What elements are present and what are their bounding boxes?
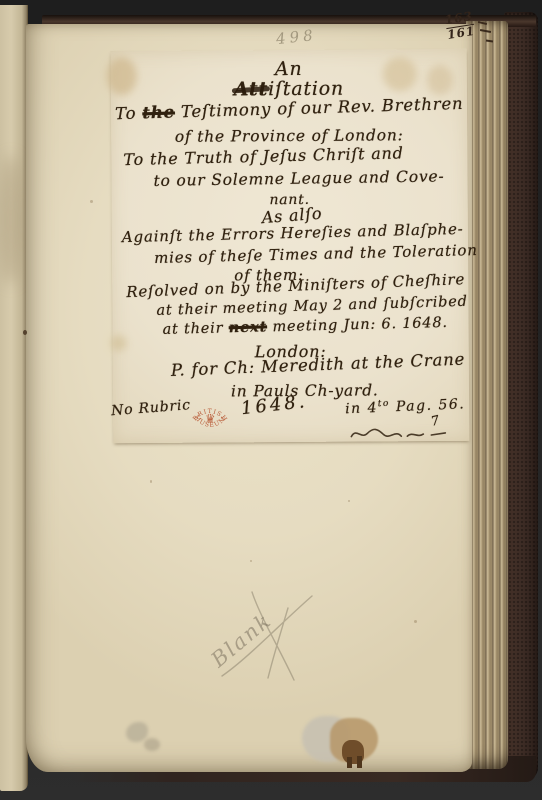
foxing-speck [414,620,417,623]
foxing-speck [348,500,350,502]
line-next-meeting-struck: next [229,318,268,336]
british-museum-stamp: BRITISH MUSEUM ♛ [186,394,234,444]
previous-leaf-edge [0,5,28,791]
line-next-meeting: at their next meeting Jun: 6. 1648. [162,314,448,338]
note-format-page: in 4to Pag. 56. [345,396,466,418]
note-no-rubric: No Rubric [111,397,192,419]
right-cover-binding [504,12,538,780]
line-province: of the Province of London: [111,126,467,146]
bottom-stain-mark [357,756,362,768]
book-photograph: 498 163 161 An Attiſtation To the Teſtim… [0,0,542,800]
line-testimony-struck: the [142,102,175,122]
bottom-stain-gray [144,738,160,751]
title-slip: An Attiſtation To the Teſtimony of our R… [111,49,470,443]
gutter-ink-dot [23,330,27,335]
leaf-stain [0,155,22,285]
slip-foxing-stain [111,335,127,351]
line-league: to our Solemne League and Cove- [153,167,444,190]
shorthand-squiggle-mark [349,423,449,446]
crown-icon: ♛ [205,411,216,425]
foxing-speck [250,560,252,562]
line-times-toleration: mies of theſe Times and the Toleration [154,241,478,267]
line-next-meeting-post: meeting Jun: 6. 1648. [267,315,448,335]
note-format-sup: to [378,399,390,409]
line-testimony-pre: To [115,103,143,123]
foxing-speck [150,480,152,483]
note-format-pre: in 4 [345,400,379,417]
line-truth: To the Truth of Jeſus Chriſt and [123,143,404,169]
bottom-stain-mark [347,757,352,768]
foxing-speck [90,200,93,203]
note-format-post: Pag. 56. [390,396,466,415]
blotted-word: Att [234,78,269,100]
line-next-meeting-pre: at their [162,320,229,338]
fore-edge-pages [466,21,508,769]
